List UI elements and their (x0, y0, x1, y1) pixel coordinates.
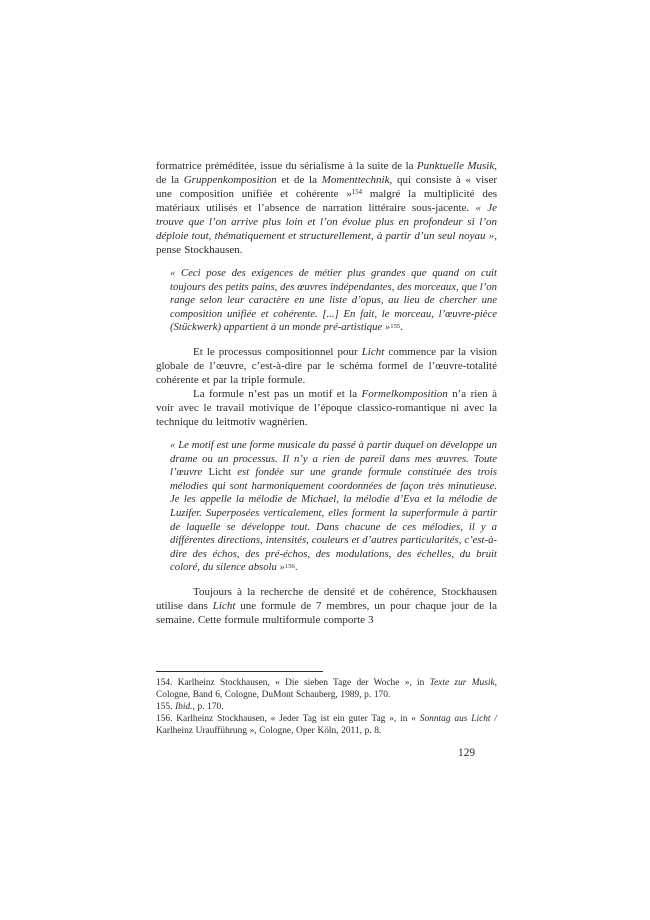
text-segment: 155. (156, 702, 175, 712)
text-segment: Licht (362, 346, 385, 358)
text-segment: Texte zur Musik (430, 678, 495, 688)
text-segment: , p. 170. (193, 702, 224, 712)
text-segment: . (400, 321, 403, 333)
footnote-separator-rule (156, 671, 323, 672)
footnote: 155. Ibid., p. 170. (156, 701, 497, 713)
text-segment: Et le processus compositionnel pour (193, 346, 362, 358)
text-segment: Sonntag aus Licht / (420, 714, 497, 724)
blockquote: « Ceci pose des exigences de métier plus… (170, 267, 497, 335)
text-segment: Licht (213, 600, 236, 612)
footnote: 156. Karlheinz Stockhausen, « Jeder Tag … (156, 713, 497, 737)
text-segment: Momenttechnik (322, 174, 390, 186)
text-segment: 156. Karlheinz Stockhausen, « Jeder Tag … (156, 714, 420, 724)
text-segment: Karlheinz Uraufführung », Cologne, Oper … (156, 726, 381, 736)
text-segment: Ibid. (175, 702, 192, 712)
page-number: 129 (156, 747, 475, 759)
paragraph: formatrice préméditée, issue du sérialis… (156, 159, 497, 257)
text-segment: Formelkomposition (362, 388, 448, 400)
text-segment: et de la (277, 174, 322, 186)
footnote-reference: 154 (352, 189, 362, 196)
paragraph: Toujours à la recherche de densité et de… (156, 585, 497, 627)
text-segment: Licht (209, 466, 232, 478)
footnote: 154. Karlheinz Stockhausen, « Die sieben… (156, 677, 497, 701)
text-segment: formatrice préméditée, issue du sérialis… (156, 160, 417, 172)
text-segment: « Ceci pose des exigences de métier plus… (170, 267, 497, 333)
scanned-book-page: formatrice préméditée, issue du sérialis… (0, 0, 650, 920)
main-text-block: formatrice préméditée, issue du sérialis… (156, 159, 497, 627)
footnote-reference: 156 (285, 563, 295, 570)
text-segment: Gruppenkomposition (184, 174, 277, 186)
footnote-area: 154. Karlheinz Stockhausen, « Die sieben… (156, 671, 497, 737)
footnote-reference: 155 (390, 323, 400, 330)
paragraph: La formule n’est pas un motif et la Form… (156, 387, 497, 429)
text-segment: 154. Karlheinz Stockhausen, « Die sieben… (156, 678, 430, 688)
text-segment: est fondée sur une grande formule consti… (170, 466, 497, 573)
text-segment: . (295, 561, 298, 573)
text-segment: Punktuelle Musik (417, 160, 494, 172)
blockquote: « Le motif est une forme musicale du pas… (170, 439, 497, 575)
text-segment: La formule n’est pas un motif et la (193, 388, 362, 400)
footnote-list: 154. Karlheinz Stockhausen, « Die sieben… (156, 677, 497, 737)
paragraph: Et le processus compositionnel pour Lich… (156, 345, 497, 387)
